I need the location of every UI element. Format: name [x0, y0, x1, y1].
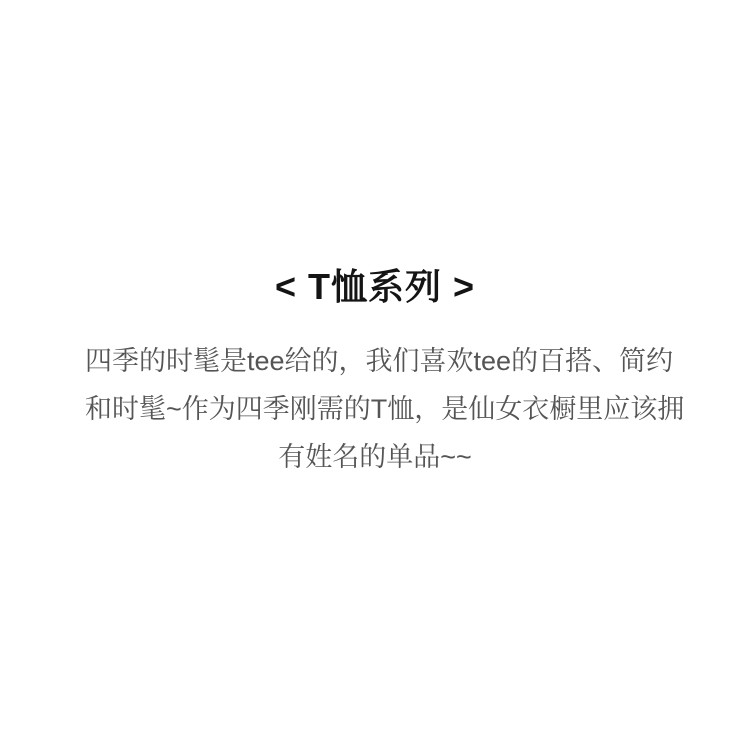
section-description: 四季的时髦是tee给的，我们喜欢tee的百搭、简约 和时髦~作为四季刚需的T恤，…	[85, 337, 665, 481]
tshirt-series-section: < T恤系列 > 四季的时髦是tee给的，我们喜欢tee的百搭、简约 和时髦~作…	[0, 266, 750, 481]
product-description-page: < T恤系列 > 四季的时髦是tee给的，我们喜欢tee的百搭、简约 和时髦~作…	[0, 0, 750, 750]
description-line-1: 四季的时髦是tee给的，我们喜欢tee的百搭、简约	[85, 337, 665, 385]
section-title: < T恤系列 >	[0, 266, 750, 308]
description-line-2: 和时髦~作为四季刚需的T恤，是仙女衣橱里应该拥	[85, 385, 665, 433]
description-line-3: 有姓名的单品~~	[85, 433, 665, 481]
